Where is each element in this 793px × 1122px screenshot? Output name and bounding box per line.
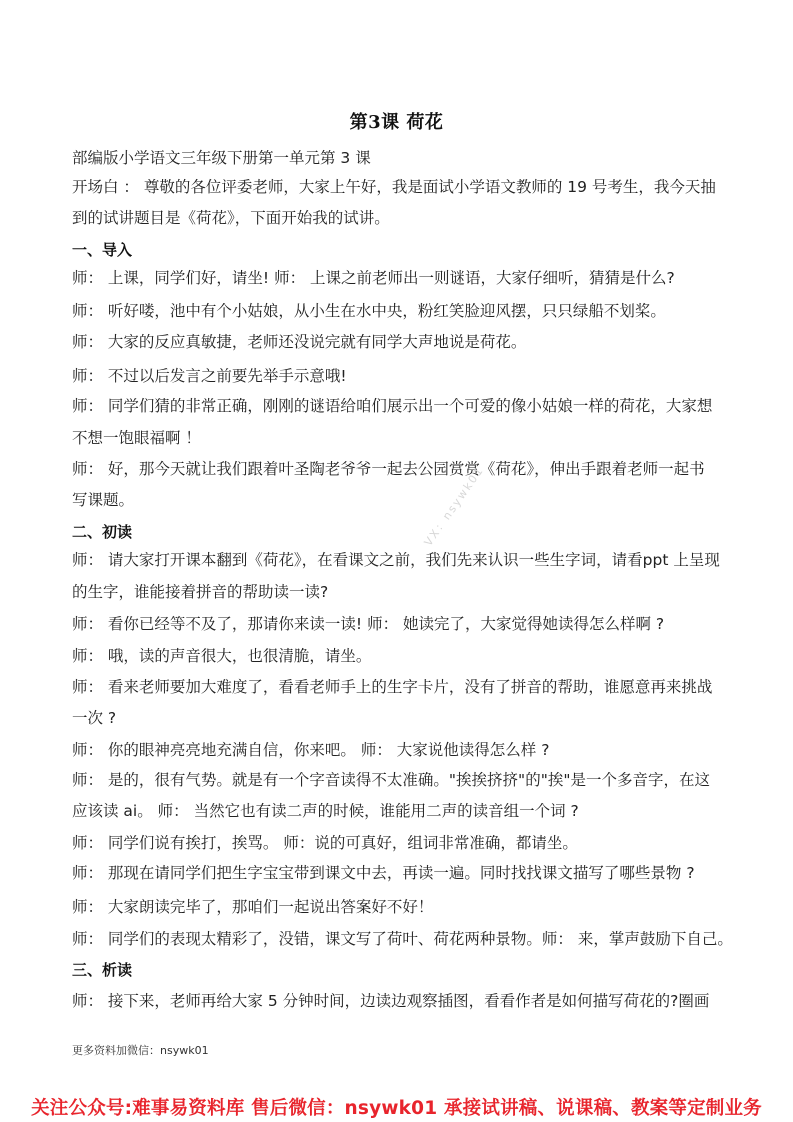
paragraph-line: 师： 你的眼神亮亮地充满自信，你来吧。 师： 大家说他读得怎么样 ? [72,740,724,760]
paragraph-line: 不想一饱眼福啊 ！ [72,428,724,448]
paragraph-line: 到的试讲题目是《荷花》，下面开始我的试讲。 [72,208,724,228]
paragraph-line: 的生字，谁能接着拼音的帮助读一读? [72,582,724,602]
paragraph-line: 部编版小学语文三年级下册第一单元第 3 课 [72,148,724,168]
section-heading: 三、析读 [72,960,132,980]
paragraph-line: 应该读 ai。 师： 当然它也有读二声的时候，谁能用二声的读音组一个词 ? [72,801,724,821]
footer-contact-note: 更多资料加微信：nsywk01 [72,1042,209,1058]
lesson-title: 第3课 荷花 [0,108,793,134]
paragraph-line: 一次 ? [72,708,724,728]
paragraph-line: 师： 看你已经等不及了，那请你来读一读! 师： 她读完了，大家觉得她读得怎么样啊… [72,614,724,634]
paragraph-line: 师： 同学们的表现太精彩了，没错，课文写了荷叶、荷花两种景物。师： 来，掌声鼓励… [72,929,724,949]
document-page: 第3课 荷花 部编版小学语文三年级下册第一单元第 3 课开场白 ： 尊敬的各位评… [0,0,793,1122]
paragraph-line: 师： 不过以后发言之前要先举手示意哦! [72,366,724,386]
paragraph-line: 开场白 ： 尊敬的各位评委老师，大家上午好，我是面试小学语文教师的 19 号考生… [72,177,724,197]
promo-banner: 关注公众号:难事易资料库 售后微信：nsywk01 承接试讲稿、说课稿、教案等定… [0,1094,793,1120]
paragraph-line: 师： 听好喽，池中有个小姑娘，从小生在水中央，粉红笑脸迎风摆，只只绿船不划桨。 [72,301,724,321]
paragraph-line: 师： 大家朗读完毕了，那咱们一起说出答案好不好！ [72,897,724,917]
paragraph-line: 写课题。 [72,490,724,510]
paragraph-line: 师： 是的，很有气势。就是有一个字音读得不太准确。"挨挨挤挤"的"挨"是一个多音… [72,770,724,790]
paragraph-line: 师： 看来老师要加大难度了，看看老师手上的生字卡片，没有了拼音的帮助，谁愿意再来… [72,677,724,697]
paragraph-line: 师： 接下来，老师再给大家 5 分钟时间，边读边观察插图，看看作者是如何描写荷花… [72,991,724,1011]
section-heading: 一、导入 [72,240,132,260]
paragraph-line: 师： 上课，同学们好，请坐! 师： 上课之前老师出一则谜语，大家仔细听，猜猜是什… [72,268,724,288]
paragraph-line: 师： 那现在请同学们把生字宝宝带到课文中去，再读一遍。同时找找课文描写了哪些景物… [72,863,724,883]
paragraph-line: 师： 请大家打开课本翻到《荷花》，在看课文之前，我们先来认识一些生字词，请看pp… [72,550,724,570]
paragraph-line: 师： 同学们猜的非常正确，刚刚的谜语给咱们展示出一个可爱的像小姑娘一样的荷花，大… [72,396,724,416]
paragraph-line: 师： 同学们说有挨打，挨骂。 师：说的可真好，组词非常准确，都请坐。 [72,833,724,853]
paragraph-line: 师： 哦，读的声音很大，也很清脆，请坐。 [72,646,724,666]
paragraph-line: 师： 好，那今天就让我们跟着叶圣陶老爷爷一起去公园赏赏《荷花》，伸出手跟着老师一… [72,459,724,479]
paragraph-line: 师： 大家的反应真敏捷，老师还没说完就有同学大声地说是荷花。 [72,332,724,352]
section-heading: 二、初读 [72,522,132,542]
